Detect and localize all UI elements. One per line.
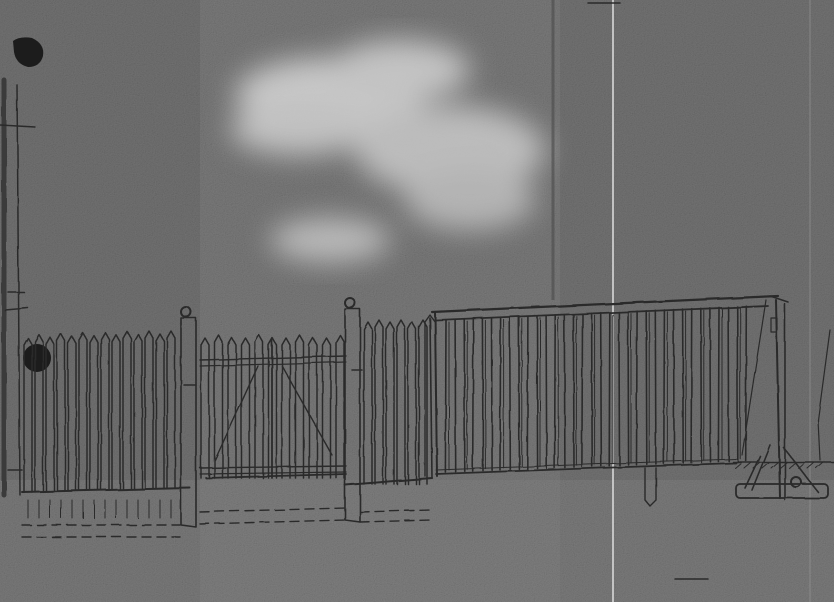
- sliding-gate-bar: [664, 310, 665, 464]
- sliding-gate-bar: [582, 314, 583, 467]
- sliding-gate-bar: [609, 312, 610, 465]
- sliding-gate-bar: [500, 317, 501, 469]
- sliding-gate-bar: [445, 320, 446, 472]
- sliding-gate-bar: [455, 320, 456, 472]
- sliding-gate-bar: [701, 308, 702, 462]
- sliding-gate-bar: [655, 310, 656, 464]
- sliding-gate-bar: [710, 308, 711, 462]
- sliding-gate-bar: [674, 310, 675, 464]
- sliding-gate-bar: [683, 309, 684, 463]
- sliding-gate-bar: [637, 311, 638, 464]
- sliding-gate-bar: [619, 312, 620, 465]
- sliding-gate-bar: [592, 313, 593, 466]
- sliding-gate-bar: [628, 312, 629, 465]
- sliding-gate-bar: [691, 309, 692, 463]
- sliding-gate-bar: [573, 314, 574, 467]
- sliding-gate-bar: [537, 316, 538, 469]
- sliding-gate-bar: [555, 315, 556, 468]
- sliding-gate-bar: [746, 306, 747, 460]
- sliding-gate-bar: [464, 319, 465, 471]
- sliding-gate-bar: [482, 318, 483, 470]
- fence-sketch-scene: [0, 0, 834, 602]
- sliding-gate-bar: [737, 307, 738, 461]
- hole-punch-bottom: [23, 344, 51, 372]
- sliding-gate-bar: [473, 319, 474, 471]
- sliding-gate-bar: [646, 311, 647, 465]
- sliding-gate-bar: [546, 315, 547, 468]
- sliding-gate-bar: [510, 317, 511, 469]
- sliding-gate-bar: [492, 318, 493, 470]
- sliding-gate-bar: [564, 315, 565, 468]
- sliding-gate-bar: [519, 317, 520, 470]
- sliding-gate-bar: [527, 316, 528, 469]
- sliding-gate-bar: [601, 313, 602, 466]
- sliding-gate-bar: [718, 307, 719, 461]
- sliding-gate-bar: [728, 307, 729, 461]
